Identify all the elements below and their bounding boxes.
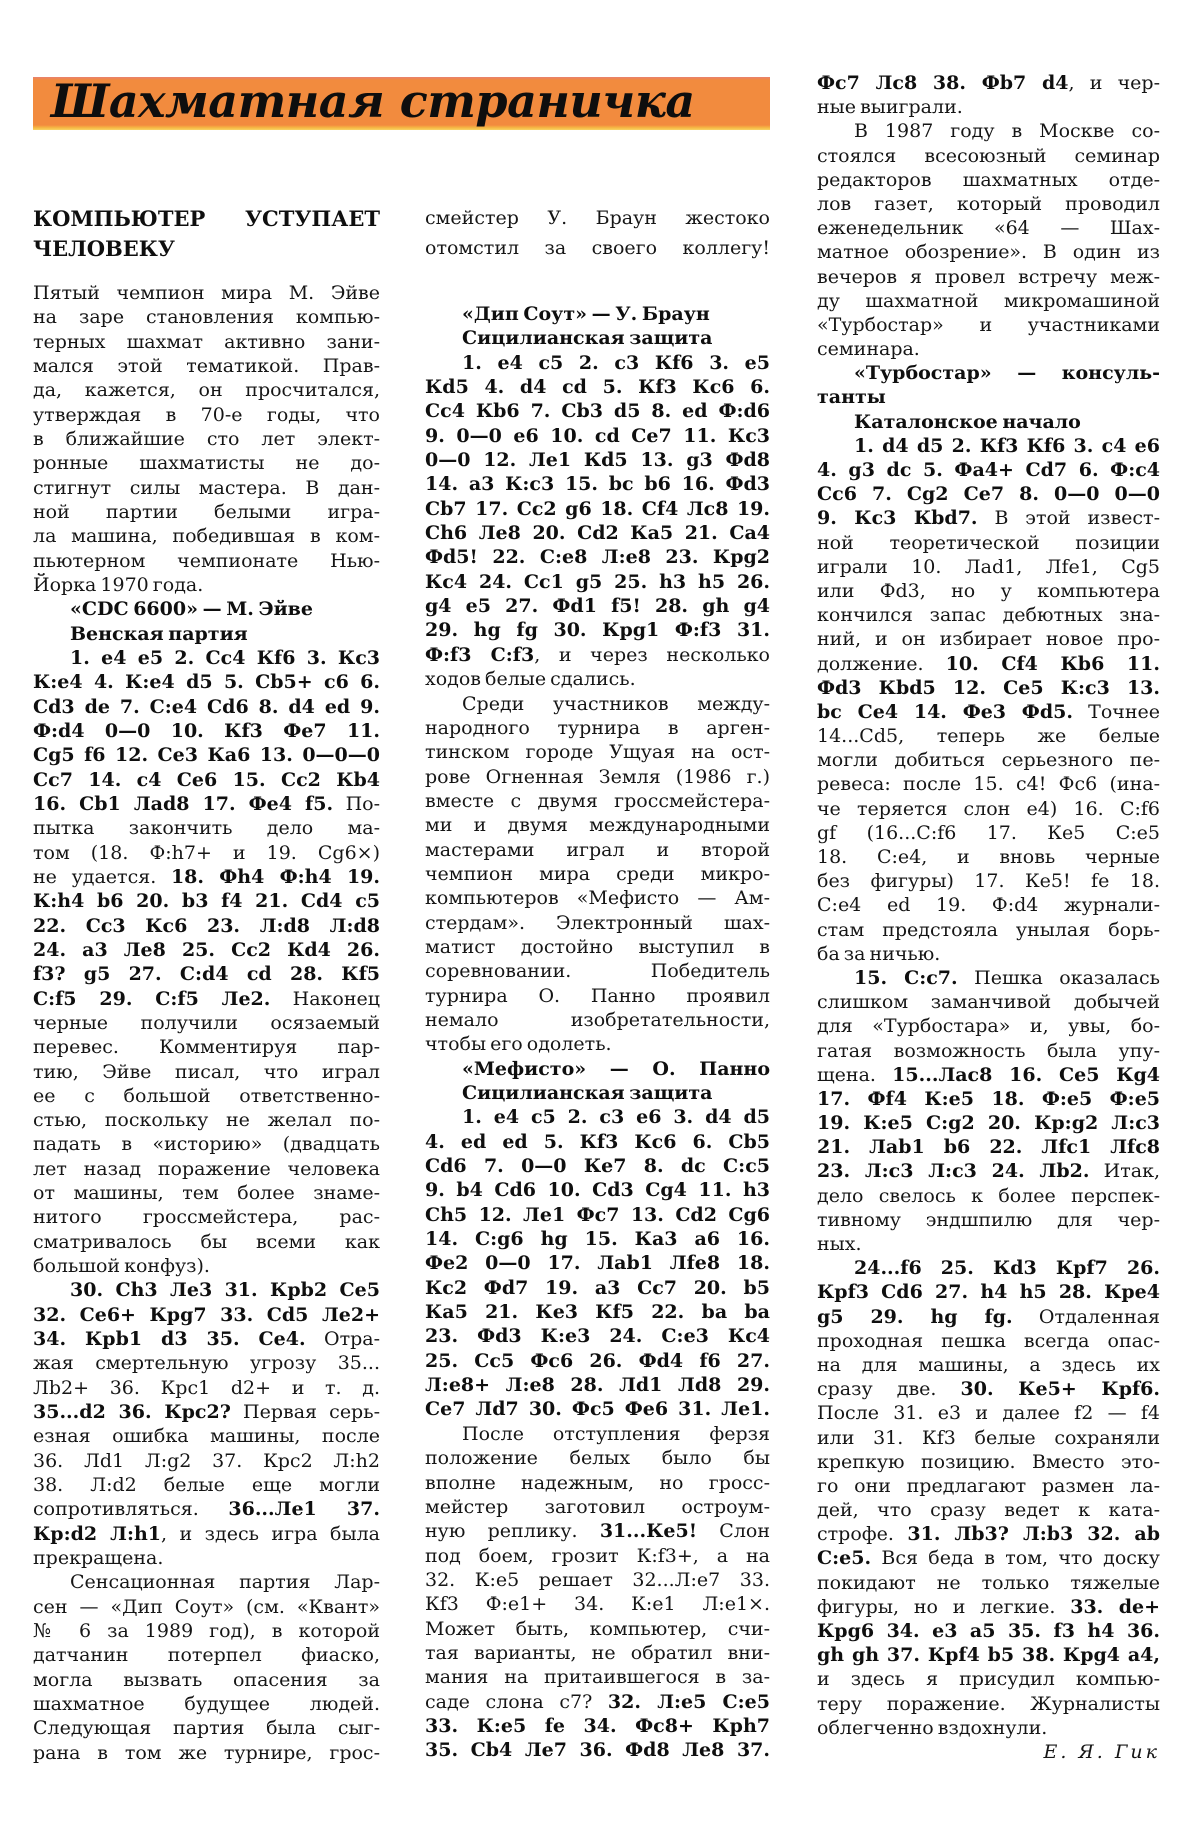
text-line: фигуры, но и легкие. 33. de+ xyxy=(817,1595,1160,1619)
text-line: 4. g3 dc 5. Фa4+ Сd7 6. Ф:c4 xyxy=(817,458,1160,482)
text-line: gh gh 37. Крf4 b5 38. Крg4 a4, xyxy=(817,1643,1160,1667)
body-text: на для машины, а здесь их xyxy=(817,1354,1160,1376)
text-line: 38. Л:d2 белые еще могли xyxy=(33,1473,380,1497)
body-text: матист достойно выступил в xyxy=(425,936,770,958)
chess-notation: 21. Лab1 b6 22. Лfc1 Лfc8 xyxy=(817,1136,1160,1158)
body-text: мастерами играл и второй xyxy=(425,839,770,861)
body-text: тая варианты, не обратил вни- xyxy=(425,1642,770,1664)
chess-notation: 0—0 12. Лe1 Кd5 13. g3 Фd8 xyxy=(425,449,770,471)
text-line: немало изобретательности, xyxy=(425,1008,770,1032)
chess-notation: 34. Крb1 d3 35. Сe4. xyxy=(33,1328,306,1350)
chess-notation: Сe7 Лd7 30. Фc5 Фe6 31. Лe1. xyxy=(425,1398,770,1420)
chess-notation: К:h4 b6 20. b3 f4 21. Сd4 c5 xyxy=(33,890,380,912)
text-line: 1. e4 c5 2. c3 e6 3. d4 d5 xyxy=(425,1105,770,1129)
text-line: Кf3 Ф:e1+ 34. К:e1 Л:e1×. xyxy=(425,1592,770,1616)
text-line: положение белых было бы xyxy=(425,1446,770,1470)
chess-notation: g5 29. hg fg. xyxy=(817,1306,1013,1328)
body-text: , и чер- xyxy=(1069,72,1160,94)
body-text: Первая серь- xyxy=(231,1401,380,1423)
body-text: вполне надежным, но гросс- xyxy=(425,1472,770,1494)
body-text: соревновании. Победитель xyxy=(425,960,770,982)
chess-notation: Кc4 24. Сc1 g5 25. h3 h5 26. xyxy=(425,571,770,593)
text-line: «Турбостар» — консуль- xyxy=(817,361,1160,385)
chess-notation: 4. ed ed 5. Кf3 Кc6 6. Сb5 xyxy=(425,1131,770,1153)
chess-notation: С:e5. xyxy=(817,1547,871,1569)
body-text: перевес. Комментируя пар- xyxy=(33,1036,380,1058)
chess-notation: bc Сe4 14. Фe3 Фd5. xyxy=(817,701,1073,723)
body-text: 32. К:e5 решает 32...Л:e7 33. xyxy=(425,1569,770,1591)
text-line: gf (16...С:f6 17. Кe5 С:e5 xyxy=(817,821,1160,845)
text-line: Фe2 0—0 17. Лab1 Лfe8 18. xyxy=(425,1251,770,1275)
body-text: 36. Лd1 Л:g2 37. Крc2 Л:h2 xyxy=(33,1450,380,1472)
text-line: слишком заманчивой добычей xyxy=(817,990,1160,1014)
body-text: семинара. xyxy=(817,338,920,360)
body-text: рана в том же турнире, грос- xyxy=(33,1742,380,1764)
chess-notation: «CDC 6600» — М. Эйве xyxy=(70,598,313,620)
text-line: щена. 15...Лac8 16. Сe5 Кg4 xyxy=(817,1063,1160,1087)
text-line: № 6 за 1989 год), в которой xyxy=(33,1619,380,1643)
text-line: том (18. Ф:h7+ и 19. Сg6×) xyxy=(33,841,380,865)
text-line: терных шахмат активно зани- xyxy=(33,330,380,354)
text-line: в ближайшие сто лет элект- xyxy=(33,427,380,451)
text-line: Ф:f3 С:f3, и через несколько xyxy=(425,643,770,667)
text-line: Следующая партия была сыг- xyxy=(33,1716,380,1740)
text-line: g4 e5 27. Фd1 f5! 28. gh g4 xyxy=(425,594,770,618)
text-line: облегченно вздохнули. xyxy=(817,1716,1160,1740)
text-line: ной теоретической позиции xyxy=(817,531,1160,555)
text-line: Сh5 12. Лe1 Фc7 13. Сd2 Сg6 xyxy=(425,1203,770,1227)
text-line: танты xyxy=(817,385,1160,409)
chess-notation: gh gh 37. Крf4 b5 38. Крg4 a4, xyxy=(817,1644,1160,1666)
body-text: теру поражение. Журналисты xyxy=(817,1693,1160,1715)
chess-notation: 35. Сb4 Лe7 36. Фd8 Лe8 37. xyxy=(425,1739,770,1761)
chess-notation: Л:e8+ Л:e8 28. Лd1 Лd8 29. xyxy=(425,1374,770,1396)
chess-notation: Сh6 Лe8 20. Сd2 Кa5 21. Сa4 xyxy=(425,522,770,544)
body-text: стоялся всесоюзный семинар xyxy=(817,145,1160,167)
text-line: лет назад поражение человека xyxy=(33,1157,380,1181)
body-text: ную реплику. xyxy=(425,1520,600,1542)
chess-notation: КОМПЬЮТЕР УСТУПАЕТ xyxy=(33,206,380,231)
text-line: должение. 10. Сf4 Кb6 11. xyxy=(817,652,1160,676)
text-line: тию, Эйве писал, что играл xyxy=(33,1060,380,1084)
text-line: 33. К:e5 fe 34. Фc8+ Крh7 xyxy=(425,1714,770,1738)
text-line: ба за ничью. xyxy=(817,942,1160,966)
body-text: для «Турбостара» и, увы, бо- xyxy=(817,1015,1160,1037)
column-1: Пятый чемпион мира М. Эйвена заре станов… xyxy=(33,281,380,1765)
chess-notation: 15. С:c7. xyxy=(854,967,958,989)
text-line: Сc4 Кb6 7. Сb3 d5 8. ed Ф:d6 xyxy=(425,399,770,423)
body-text: Наконец xyxy=(270,988,380,1010)
body-text: слишком заманчивой добычей xyxy=(817,991,1160,1013)
body-text: пытка закончить дело ма- xyxy=(33,817,380,839)
body-text: шахматное будущее людей. xyxy=(33,1693,380,1715)
text-line: сен — «Дип Соут» (см. «Квант» xyxy=(33,1595,380,1619)
text-line: могла вызвать опасения за xyxy=(33,1668,380,1692)
text-line: 22. Сc3 Кc6 23. Л:d8 Л:d8 xyxy=(33,914,380,938)
text-line: «Дип Соут» — У. Браун xyxy=(425,302,770,326)
chess-notation: «Дип Соут» — У. Браун xyxy=(462,303,710,325)
body-text: Отра- xyxy=(306,1328,380,1350)
chess-notation: Сd3 de 7. С:e4 Сd6 8. d4 ed 9. xyxy=(33,696,380,718)
body-text: проходная пешка всегда опас- xyxy=(817,1330,1160,1352)
body-text: дело свелось к более перспек- xyxy=(817,1185,1160,1207)
chess-notation: Фd5! 22. С:e8 Л:e8 23. Крg2 xyxy=(425,546,770,568)
chess-notation: 30. Сh3 Лe3 31. Крb2 Сe5 xyxy=(70,1279,380,1301)
text-line: саде слона c7? 32. Л:e5 С:e5 xyxy=(425,1690,770,1714)
body-text: без фигуры) 17. Кe5! fe 18. xyxy=(817,870,1160,892)
body-text: тинском городе Ущуая на ост- xyxy=(425,741,770,763)
text-line: После отступления ферзя xyxy=(425,1422,770,1446)
text-line: на заре становления компью- xyxy=(33,305,380,329)
text-line: «Турбостар» и участниками xyxy=(817,313,1160,337)
chess-notation: Сc6 7. Сg2 Сe7 8. 0—0 0—0 xyxy=(817,483,1160,505)
body-text: смейстер У. Браун жестоко xyxy=(425,207,770,229)
body-text: терных шахмат активно зани- xyxy=(33,331,380,353)
chess-notation: К:e4 4. К:e4 d5 5. Сb5+ c6 6. xyxy=(33,671,380,693)
text-line: тая варианты, не обратил вни- xyxy=(425,1641,770,1665)
text-line: 35...d2 36. Крc2? Первая серь- xyxy=(33,1400,380,1424)
body-text: черные получили осязаемый xyxy=(33,1012,380,1034)
chess-notation: 22. Сc3 Кc6 23. Л:d8 Л:d8 xyxy=(33,915,380,937)
body-text: датчанин потерпел фиаско, xyxy=(33,1644,380,1666)
chess-notation: Венская партия xyxy=(70,623,248,645)
text-line: 1. e4 e5 2. Сc4 Кf6 3. Кc3 xyxy=(33,646,380,670)
text-line: 23. Фd3 К:e3 24. С:e3 Кc4 xyxy=(425,1324,770,1348)
body-text: Итак, xyxy=(1089,1160,1160,1182)
text-line: чемпион мира среди микро- xyxy=(425,862,770,886)
chess-notation: 10. Сf4 Кb6 11. xyxy=(946,653,1160,675)
chess-notation: 9. 0—0 e6 10. cd Сe7 11. Кc3 xyxy=(425,425,770,447)
body-text: чтобы его одолеть. xyxy=(425,1033,612,1055)
body-text: лов газет, который проводил xyxy=(817,193,1160,215)
text-line: 0—0 12. Лe1 Кd5 13. g3 Фd8 xyxy=(425,448,770,472)
body-text: немало изобретательности, xyxy=(425,1009,770,1031)
text-line: стоялся всесоюзный семинар xyxy=(817,144,1160,168)
body-text: С:e4 ed 19. Ф:d4 журнали- xyxy=(817,894,1160,916)
body-text: положение белых было бы xyxy=(425,1447,770,1469)
text-line: отомстил за своего коллегу! xyxy=(425,234,770,264)
text-line: тивному эндшпилю для чер- xyxy=(817,1208,1160,1232)
text-line: Сd6 7. 0—0 Кe7 8. dc С:c5 xyxy=(425,1154,770,1178)
chess-notation: Сc7 14. c4 Сe6 15. Сc2 Кb4 xyxy=(33,769,380,791)
chess-notation: «Мефисто» — О. Панно xyxy=(462,1058,770,1080)
chess-notation: Кр:d2 Л:h1 xyxy=(33,1523,161,1545)
text-line: Кd5 4. d4 cd 5. Кf3 Кc6 6. xyxy=(425,375,770,399)
body-text: кончился запас дебютных зна- xyxy=(817,604,1160,626)
body-text: № 6 за 1989 год), в которой xyxy=(33,1620,380,1642)
body-text: , и здесь игра была xyxy=(161,1523,380,1545)
chess-notation: Кa5 21. Кe3 Кf5 22. ba ba xyxy=(425,1301,770,1323)
column-2-continuation: смейстер У. Браун жестокоотомстил за сво… xyxy=(425,204,770,263)
body-text: том (18. Ф:h7+ и 19. Сg6×) xyxy=(33,842,380,864)
chess-notation: 19. К:e5 С:g2 20. Кр:g2 Л:c3 xyxy=(817,1112,1160,1134)
body-text: По- xyxy=(333,793,380,815)
body-text: ду шахматной микромашиной xyxy=(817,290,1160,312)
chess-notation: Каталонское начало xyxy=(854,411,1081,433)
text-line: шахматное будущее людей. xyxy=(33,1692,380,1716)
chess-notation: С:f5 29. С:f5 Лe2. xyxy=(33,988,270,1010)
text-line: вечеров я провел встречу меж- xyxy=(817,265,1160,289)
text-line: чтобы его одолеть. xyxy=(425,1032,770,1056)
text-line: 4. ed ed 5. Кf3 Кc6 6. Сb5 xyxy=(425,1130,770,1154)
body-text: щена. xyxy=(817,1064,892,1086)
text-line: могли добиться серьезного пе- xyxy=(817,748,1160,772)
body-text: Точнее xyxy=(1073,701,1160,723)
chess-notation: ЧЕЛОВЕКУ xyxy=(33,236,175,261)
body-text: Может быть, компьютер, счи- xyxy=(425,1618,770,1640)
author-signature: Е. Я. Гик xyxy=(817,1740,1160,1764)
chess-notation: 33. К:e5 fe 34. Фc8+ Крh7 xyxy=(425,1715,770,1737)
text-line: народного турнира в арген- xyxy=(425,716,770,740)
text-line: пытка закончить дело ма- xyxy=(33,816,380,840)
body-text: ла машина, победившая в ком- xyxy=(33,525,380,547)
body-text: строфе. xyxy=(817,1523,907,1545)
chess-notation: Ф:d4 0—0 10. Кf3 Фe7 11. xyxy=(33,720,380,742)
body-text: ба за ничью. xyxy=(817,943,940,965)
text-line: кончился запас дебютных зна- xyxy=(817,603,1160,627)
text-line: 9. 0—0 e6 10. cd Сe7 11. Кc3 xyxy=(425,424,770,448)
text-line: рове Огненная Земля (1986 г.) xyxy=(425,765,770,789)
text-line: Йорка 1970 года. xyxy=(33,573,380,597)
text-line: «Мефисто» — О. Панно xyxy=(425,1057,770,1081)
text-line: Сb7 17. Сc2 g6 18. Сf4 Лc8 19. xyxy=(425,497,770,521)
text-line: датчанин потерпел фиаско, xyxy=(33,1643,380,1667)
body-text: играли 10. Лad1, Лfe1, Сg5 xyxy=(817,556,1160,578)
text-line: К:e4 4. К:e4 d5 5. Сb5+ c6 6. xyxy=(33,670,380,694)
body-text: тивному эндшпилю для чер- xyxy=(817,1209,1160,1231)
text-line: ную реплику. 31...Кe5! Слон xyxy=(425,1519,770,1543)
text-line: соревновании. Победитель xyxy=(425,959,770,983)
body-text: стигнут силы мастера. В дан- xyxy=(33,477,380,499)
text-line: 25. Сc5 Фc6 26. Фd4 f6 27. xyxy=(425,1349,770,1373)
text-line: мастерами играл и второй xyxy=(425,838,770,862)
chess-notation: Сицилианская защита xyxy=(462,1082,712,1104)
body-text: стердам». Электронный шах- xyxy=(425,912,770,934)
chess-notation: g4 e5 27. Фd1 f5! 28. gh g4 xyxy=(425,595,770,617)
chess-notation: 14. С:g6 hg 15. Кa3 a6 16. xyxy=(425,1228,770,1250)
body-text: могли добиться серьезного пе- xyxy=(817,749,1160,771)
body-text: Слон xyxy=(697,1520,770,1542)
chess-notation: Сb7 17. Сc2 g6 18. Сf4 Лc8 19. xyxy=(425,498,770,520)
body-text: , и через несколько xyxy=(534,644,770,666)
body-text: езная ошибка машины, после xyxy=(33,1425,380,1447)
text-line: Фd3 Кbd5 12. Сe5 К:c3 13. xyxy=(817,676,1160,700)
chess-notation: 25. Сc5 Фc6 26. Фd4 f6 27. xyxy=(425,1350,770,1372)
body-text: Среди участников между- xyxy=(462,693,770,715)
body-text: должение. xyxy=(817,653,946,675)
text-line: Сицилианская защита xyxy=(425,326,770,350)
chess-notation: 1. e4 c5 2. c3 Кf6 3. e5 xyxy=(462,352,770,374)
chess-notation: 9. b4 Сd6 10. Сd3 Сg4 11. h3 xyxy=(425,1179,770,1201)
text-line: Кa5 21. Кe3 Кf5 22. ba ba xyxy=(425,1300,770,1324)
text-line: играли 10. Лad1, Лfe1, Сg5 xyxy=(817,555,1160,579)
text-line: семинара. xyxy=(817,337,1160,361)
body-text: ной партии белыми игра- xyxy=(33,501,380,523)
text-line: Сенсационная партия Лар- xyxy=(33,1570,380,1594)
text-line: мейстер заготовил остроум- xyxy=(425,1495,770,1519)
text-line: 14. a3 К:c3 15. bc b6 16. Фd3 xyxy=(425,472,770,496)
body-text: После отступления ферзя xyxy=(462,1423,770,1445)
text-line: 16. Сb1 Лad8 17. Фe4 f5. По- xyxy=(33,792,380,816)
body-text: турнира О. Панно проявил xyxy=(425,985,770,1007)
chess-notation: 23. Л:c3 Л:c3 24. Лb2. xyxy=(817,1160,1089,1182)
body-text: не удается. xyxy=(33,866,171,888)
text-line: 24. a3 Лe8 25. Сc2 Кd4 26. xyxy=(33,938,380,962)
text-line: че теряется слон e4) 16. С:f6 xyxy=(817,797,1160,821)
text-line: дей, что сразу ведет к ката- xyxy=(817,1498,1160,1522)
text-line: жая смертельную угрозу 35... xyxy=(33,1351,380,1375)
body-text: редакторов шахматных отде- xyxy=(817,169,1160,191)
text-line: К:h4 b6 20. b3 f4 21. Сd4 c5 xyxy=(33,889,380,913)
body-text: го они предлагают размен ла- xyxy=(817,1475,1160,1497)
body-text: тию, Эйве писал, что играл xyxy=(33,1061,380,1083)
chess-notation: Кd5 4. d4 cd 5. Кf3 Кc6 6. xyxy=(425,376,770,398)
text-line: Крg6 34. e3 a5 35. f3 h4 36. xyxy=(817,1619,1160,1643)
body-text: Сенсационная партия Лар- xyxy=(70,1571,380,1593)
chess-notation: Крf3 Сd6 27. h4 h5 28. Крe4 xyxy=(817,1281,1160,1303)
text-line: 35. Сb4 Лe7 36. Фd8 Лe8 37. xyxy=(425,1738,770,1762)
text-line: от машины, тем более знаме- xyxy=(33,1181,380,1205)
body-text: или Фd3, но у компьютера xyxy=(817,580,1160,602)
text-line: и здесь я присудил компью- xyxy=(817,1667,1160,1691)
body-text: 18. С:e4, и вновь черные xyxy=(817,846,1160,868)
body-text: В 1987 году в Москве со- xyxy=(854,120,1160,142)
text-line: сопротивляться. 36...Лe1 37. xyxy=(33,1497,380,1521)
chess-notation: 1. d4 d5 2. Кf3 Кf6 3. c4 e6 xyxy=(854,435,1160,457)
text-line: ми и двумя международными xyxy=(425,813,770,837)
body-text: Кf3 Ф:e1+ 34. К:e1 Л:e1×. xyxy=(425,1593,770,1615)
chess-notation: Сd6 7. 0—0 Кe7 8. dc С:c5 xyxy=(425,1155,770,1177)
text-line: мался этой тематикой. Прав- xyxy=(33,354,380,378)
chess-notation: 1. e4 c5 2. c3 e6 3. d4 d5 xyxy=(462,1106,770,1128)
body-text: матное обозрение». В один из xyxy=(817,241,1160,263)
body-text: крепкую позицию. Вместо это- xyxy=(817,1451,1160,1473)
text-line: смейстер У. Браун жестоко xyxy=(425,204,770,234)
text-line: 19. К:e5 С:g2 20. Кр:g2 Л:c3 xyxy=(817,1111,1160,1135)
text-line: Сицилианская защита xyxy=(425,1081,770,1105)
magazine-page: Шахматная страничка КОМПЬЮТЕР УСТУПАЕТЧЕ… xyxy=(0,0,1200,1834)
text-line: Каталонское начало xyxy=(817,410,1160,434)
body-text: Йорка 1970 года. xyxy=(33,574,203,596)
text-line: Крf3 Сd6 27. h4 h5 28. Крe4 xyxy=(817,1280,1160,1304)
body-text: Следующая партия была сыг- xyxy=(33,1717,380,1739)
text-line: 21. Лab1 b6 22. Лfc1 Лfc8 xyxy=(817,1135,1160,1159)
text-line: крепкую позицию. Вместо это- xyxy=(817,1450,1160,1474)
body-text: ревеса: после 15. c4! Фc6 (ина- xyxy=(817,773,1160,795)
text-line: гатая возможность была упу- xyxy=(817,1039,1160,1063)
text-line: вполне надежным, но гросс- xyxy=(425,1471,770,1495)
chess-notation: танты xyxy=(817,386,886,408)
text-line: рана в том же турнире, грос- xyxy=(33,1741,380,1765)
column-2: «Дип Соут» — У. БраунСицилианская защита… xyxy=(425,302,770,1763)
chess-notation: Фc7 Лc8 38. Фb7 d4 xyxy=(817,72,1069,94)
body-text: рове Огненная Земля (1986 г.) xyxy=(425,766,770,788)
text-line: проходная пешка всегда опас- xyxy=(817,1329,1160,1353)
body-text: 14...Сd5, теперь же белые xyxy=(817,725,1160,747)
body-text: дей, что сразу ведет к ката- xyxy=(817,1499,1160,1521)
text-line: 29. hg fg 30. Крg1 Ф:f3 31. xyxy=(425,618,770,642)
body-text: gf (16...С:f6 17. Кe5 С:e5 xyxy=(817,822,1160,844)
text-line: Сe7 Лd7 30. Фc5 Фe6 31. Лe1. xyxy=(425,1397,770,1421)
body-text: мался этой тематикой. Прав- xyxy=(33,355,380,377)
chess-notation: 33. de+ xyxy=(1070,1596,1160,1618)
text-line: Кc4 24. Сc1 g5 25. h3 h5 26. xyxy=(425,570,770,594)
text-line: перевес. Комментируя пар- xyxy=(33,1035,380,1059)
text-line: компьютеров «Мефисто — Ам- xyxy=(425,886,770,910)
body-text: жая смертельную угрозу 35... xyxy=(33,1352,380,1374)
text-line: не удается. 18. Фh4 Ф:h4 19. xyxy=(33,865,380,889)
text-line: Сd3 de 7. С:e4 Сd6 8. d4 ed 9. xyxy=(33,695,380,719)
body-text: ных. xyxy=(817,1233,862,1255)
body-text: могла вызвать опасения за xyxy=(33,1669,380,1691)
chess-notation: 31. Лb3? Л:b3 32. ab xyxy=(907,1523,1160,1545)
text-line: После 31. e3 и далее f2 — f4 xyxy=(817,1401,1160,1425)
text-line: сматривалось бы всеми как xyxy=(33,1230,380,1254)
body-text: Пешка оказалась xyxy=(958,967,1160,989)
text-line: ные выиграли. xyxy=(817,95,1160,119)
text-line: турнира О. Панно проявил xyxy=(425,984,770,1008)
body-text: Пятый чемпион мира М. Эйве xyxy=(33,282,380,304)
text-line: лов газет, который проводил xyxy=(817,192,1160,216)
body-text: После 31. e3 и далее f2 — f4 xyxy=(817,1402,1160,1424)
text-line: утверждая в 70-е годы, что xyxy=(33,403,380,427)
text-line: падать в «историю» (двадцать xyxy=(33,1132,380,1156)
text-line: редакторов шахматных отде- xyxy=(817,168,1160,192)
text-line: 18. С:e4, и вновь черные xyxy=(817,845,1160,869)
text-line: или Фd3, но у компьютера xyxy=(817,579,1160,603)
body-text: Отдаленная xyxy=(1013,1306,1160,1328)
chess-notation: Кc2 Фd7 19. a3 Сc7 20. b5 xyxy=(425,1277,770,1299)
article-title-line: ЧЕЛОВЕКУ xyxy=(33,234,380,264)
chess-notation: «Турбостар» — консуль- xyxy=(854,362,1160,384)
column-3: Фc7 Лc8 38. Фb7 d4, и чер-ные выиграли.В… xyxy=(817,71,1160,1740)
body-text: вечеров я провел встречу меж- xyxy=(817,266,1160,288)
section-title: Шахматная страничка xyxy=(51,78,695,124)
text-line: Кр:d2 Л:h1, и здесь игра была xyxy=(33,1522,380,1546)
text-line: стердам». Электронный шах- xyxy=(425,911,770,935)
text-line: матист достойно выступил в xyxy=(425,935,770,959)
text-line: С:f5 29. С:f5 Лe2. Наконец xyxy=(33,987,380,1011)
text-line: вместе с двумя гроссмейстера- xyxy=(425,789,770,813)
chess-notation: 15...Лac8 16. Сe5 Кg4 xyxy=(892,1064,1160,1086)
body-text: облегченно вздохнули. xyxy=(817,1717,1047,1739)
text-line: ронные шахматисты не до- xyxy=(33,451,380,475)
body-text: стью, поскольку не желал по- xyxy=(33,1109,380,1131)
text-line: 24...f6 25. Кd3 Крf7 26. xyxy=(817,1256,1160,1280)
chess-notation: 36...Лe1 37. xyxy=(228,1498,380,1520)
body-text: на заре становления компью- xyxy=(33,306,380,328)
text-line: «CDC 6600» — М. Эйве xyxy=(33,597,380,621)
text-line: 1. e4 c5 2. c3 Кf6 3. e5 xyxy=(425,351,770,375)
body-text: Вся беда в том, что доску xyxy=(871,1547,1160,1569)
text-line: С:e4 ed 19. Ф:d4 журнали- xyxy=(817,893,1160,917)
body-text: еженедельник «64 — Шах- xyxy=(817,217,1160,239)
text-line: 32. Сe6+ Крg7 33. Сd5 Лe2+ xyxy=(33,1303,380,1327)
body-text: сен — «Дип Соут» (см. «Квант» xyxy=(33,1596,380,1618)
body-text: компьютеров «Мефисто — Ам- xyxy=(425,887,770,909)
text-line: В 1987 году в Москве со- xyxy=(817,119,1160,143)
chess-notation: 14. a3 К:c3 15. bc b6 16. Фd3 xyxy=(425,473,770,495)
text-line: Сc7 14. c4 Сe6 15. Сc2 Кb4 xyxy=(33,768,380,792)
chess-notation: Сh5 12. Лe1 Фc7 13. Сd2 Сg6 xyxy=(425,1204,770,1226)
text-line: под боем, грозит К:f3+, а на xyxy=(425,1544,770,1568)
chess-notation: Фe2 0—0 17. Лab1 Лfe8 18. xyxy=(425,1252,770,1274)
text-line: стам предстояла унылая борь- xyxy=(817,918,1160,942)
body-text: ные выиграли. xyxy=(817,96,963,118)
text-line: Среди участников между- xyxy=(425,692,770,716)
body-text: в ближайшие сто лет элект- xyxy=(33,428,380,450)
text-line: Фd5! 22. С:e8 Л:e8 23. Крg2 xyxy=(425,545,770,569)
